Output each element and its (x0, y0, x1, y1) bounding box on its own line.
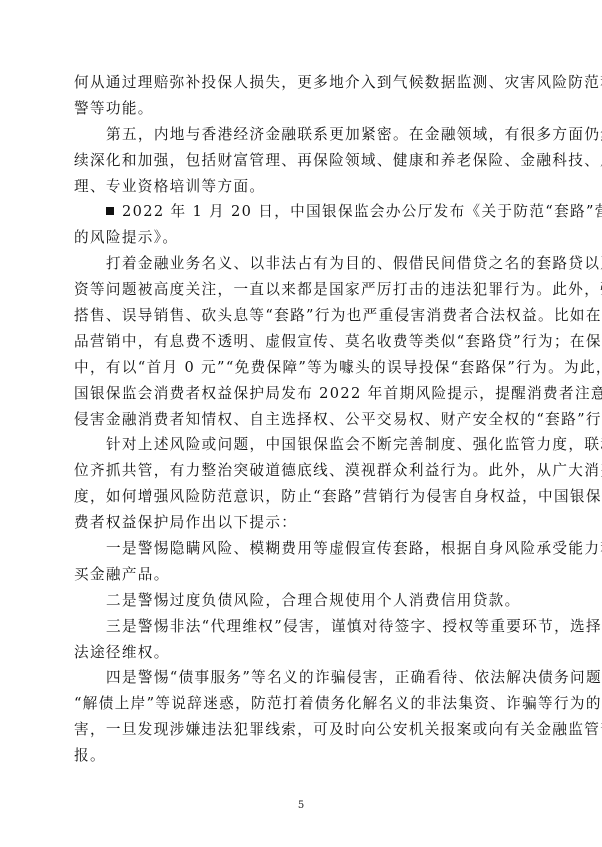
text-line: 国银保监会消费者权益保护局发布 2022 年首期风险提示，提醒消费者注意防范此类 (74, 381, 530, 407)
bullet-heading-text: 2022 年 1 月 20 日，中国银保监会办公厅发布《关于防范“套路”营销行为 (122, 203, 602, 220)
page-number: 5 (0, 800, 602, 811)
text-line: 品营销中，有息费不透明、虚假宣传、莫名收费等类似“套路贷”行为；在保险营销 (74, 329, 530, 355)
text-line: 搭售、误导销售、砍头息等“套路”行为也严重侵害消费者合法权益。比如在贷款产 (74, 303, 530, 329)
text-line: 何从通过理赔弥补投保人损失，更多地介入到气候数据监测、灾害风险防范和早期预 (74, 70, 530, 96)
document-page: 何从通过理赔弥补投保人损失，更多地介入到气候数据监测、灾害风险防范和早期预 警等… (0, 0, 602, 847)
text-line: 资等问题被高度关注，一直以来都是国家严厉打击的违法犯罪行为。此外，强制捆绑 (74, 277, 530, 303)
text-line: 报。 (74, 743, 530, 769)
text-line: 的风险提示》。 (74, 225, 530, 251)
paragraph-start-line: 四是警惕“债事服务”等名义的诈骗侵害，正确看待、依法解决债务问题。不被 (74, 665, 530, 691)
paragraph-start-line: 一是警惕隐瞒风险、模糊费用等虚假宣传套路，根据自身风险承受能力和需求购 (74, 536, 530, 562)
document-body: 何从通过理赔弥补投保人损失，更多地介入到气候数据监测、灾害风险防范和早期预 警等… (74, 70, 530, 769)
paragraph-start-line: 第五，内地与香港经济金融联系更加紧密。在金融领域，有很多方面仍然需要继 (74, 122, 530, 148)
text-line: 续深化和加强，包括财富管理、再保险领域、健康和养老保险、金融科技、风险管 (74, 148, 530, 174)
text-line: 法途径维权。 (74, 640, 530, 666)
text-line: 警等功能。 (74, 96, 530, 122)
paragraph-start-line: 三是警惕非法“代理维权”侵害，谨慎对待签字、授权等重要环节，选择合理合 (74, 614, 530, 640)
paragraph-start-line: 针对上述风险或问题，中国银保监会不断完善制度、强化监管力度，联动相关单 (74, 432, 530, 458)
paragraph-start-line: 二是警惕过度负债风险，合理合规使用个人消费信用贷款。 (74, 588, 530, 614)
text-line: 理、专业资格培训等方面。 (74, 174, 530, 200)
text-line: 位齐抓共管，有力整治突破道德底线、漠视群众利益行为。此外，从广大消费者角 (74, 458, 530, 484)
paragraph-start-line: 打着金融业务名义、以非法占有为目的、假借民间借贷之名的套路贷以及非法集 (74, 251, 530, 277)
text-line: 买金融产品。 (74, 562, 530, 588)
text-line: 侵害金融消费者知情权、自主选择权、公平交易权、财产安全权的“套路”行为。 (74, 407, 530, 433)
bullet-heading-line: 2022 年 1 月 20 日，中国银保监会办公厅发布《关于防范“套路”营销行为 (74, 199, 530, 225)
square-bullet-icon (106, 207, 114, 215)
text-line: 害，一旦发现涉嫌违法犯罪线索，可及时向公安机关报案或向有关金融监管部门举 (74, 717, 530, 743)
text-line: 度，如何增强风险防范意识，防止“套路”营销行为侵害自身权益，中国银保监会消 (74, 484, 530, 510)
text-line: 中，有以“首月 0 元”“免费保障”等为噱头的误导投保“套路保”行为。为此，中 (74, 355, 530, 381)
text-line: 费者权益保护局作出以下提示： (74, 510, 530, 536)
text-line: “解债上岸”等说辞迷惑，防范打着债务化解名义的非法集资、诈骗等行为的二次侵 (74, 691, 530, 717)
